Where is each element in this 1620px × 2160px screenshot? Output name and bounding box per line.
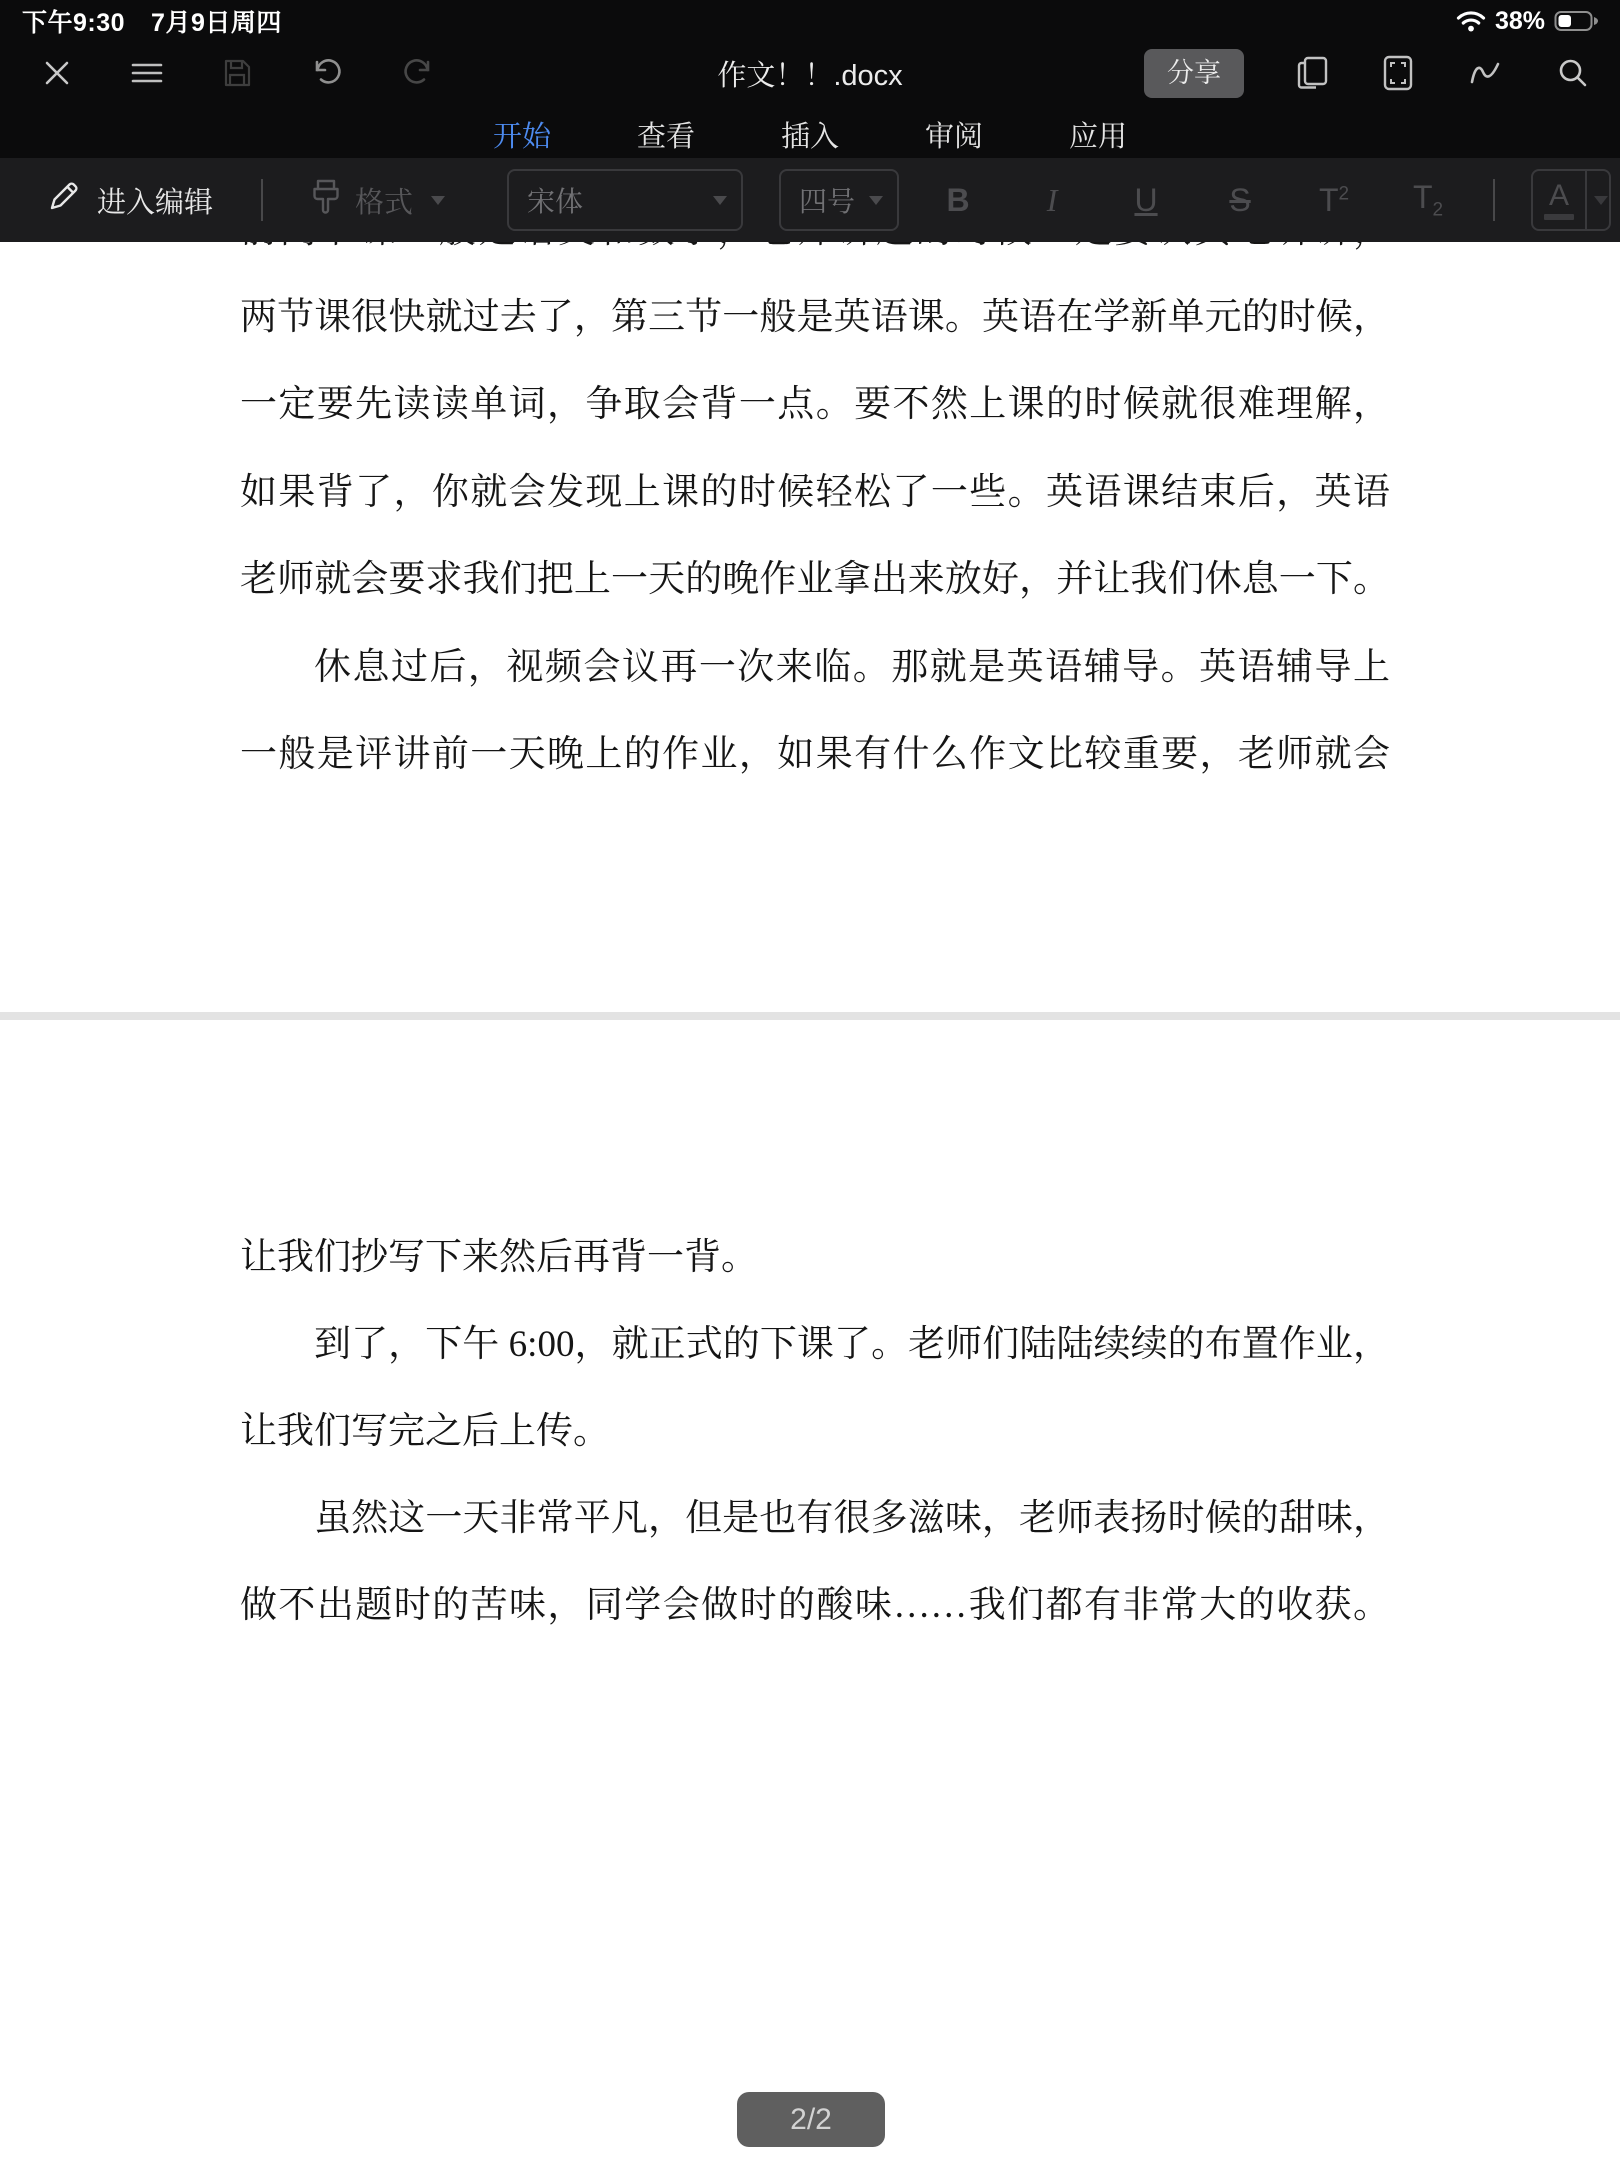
chevron-down-icon	[1594, 196, 1608, 205]
app-header: 下午9:30 7月9日周四 38%	[0, 0, 1620, 158]
doc-text-line: 虽然这一天非常平凡，但是也有很多滋味，老师表扬时候的甜味，	[240, 1475, 1390, 1563]
undo-icon	[309, 56, 345, 90]
brush-icon	[309, 177, 343, 223]
font-name-select[interactable]: 宋体	[507, 169, 743, 231]
doc-text-line: 两节课很快就过去了，第三节一般是英语课。英语在学新单元的时候，	[240, 274, 1390, 362]
format-toolbar: 进入编辑 格式 宋体 四号 B I U S T2 T2 A	[0, 158, 1620, 242]
save-icon	[220, 56, 254, 90]
doc-text-line: 老师就会要求我们把上一天的晚作业拿出来放好，并让我们休息一下。	[240, 536, 1390, 624]
menu-button[interactable]	[129, 56, 165, 90]
fullscreen-button[interactable]	[1382, 54, 1414, 92]
fullscreen-icon	[1382, 54, 1414, 92]
status-date: 7月9日周四	[151, 3, 282, 39]
clipped-line-text: 前两节课一般是语文和数学，老师讲题的时候一定要认真地听讲，	[240, 242, 1390, 251]
search-icon	[1556, 56, 1590, 90]
battery-percent: 38%	[1495, 7, 1545, 36]
font-size-select[interactable]: 四号	[779, 169, 899, 231]
toolbar-divider	[1493, 179, 1495, 221]
bold-label: B	[946, 182, 969, 218]
superscript-label: T	[1319, 182, 1339, 218]
tab-apps[interactable]: 应用	[1069, 114, 1127, 155]
ribbon-tabs: 开始 查看 插入 审阅 应用	[0, 110, 1620, 158]
page-indicator-badge: 2/2	[737, 2092, 885, 2147]
tab-home[interactable]: 开始	[493, 114, 551, 155]
doc-text-line: 一般是评讲前一天晚上的作业，如果有什么作文比较重要，老师就会	[240, 711, 1390, 799]
superscript-button[interactable]: T2	[1287, 182, 1381, 219]
copy-icon	[1296, 55, 1330, 91]
doc-text-line: 到了，下午 6:00，就正式的下课了。老师们陆陆续续的布置作业，	[240, 1301, 1390, 1389]
doc-text-line: 休息过后，视频会议再一次来临。那就是英语辅导。英语辅导上	[240, 624, 1390, 712]
close-button[interactable]	[40, 56, 74, 90]
chevron-down-icon	[713, 196, 727, 205]
share-button[interactable]: 分享	[1144, 49, 1244, 98]
clipped-text-line: 前两节课一般是语文和数学，老师讲题的时候一定要认真地听讲，	[240, 242, 1390, 251]
pencil-icon	[46, 178, 82, 222]
status-bar: 下午9:30 7月9日周四 38%	[0, 0, 1620, 36]
status-time: 下午9:30	[22, 3, 125, 39]
redo-icon	[400, 56, 436, 90]
subscript-mark: 2	[1433, 199, 1444, 220]
wifi-icon	[1456, 9, 1486, 33]
battery-icon	[1554, 10, 1600, 33]
italic-button[interactable]: I	[1005, 182, 1099, 219]
doc-text-line: 让我们写完之后上传。	[240, 1388, 1390, 1476]
underline-button[interactable]: U	[1099, 182, 1193, 219]
document-canvas[interactable]: 前两节课一般是语文和数学，老师讲题的时候一定要认真地听讲， 两节课很快就过去了，…	[0, 242, 1620, 2160]
bold-button[interactable]: B	[911, 182, 1005, 219]
redo-button[interactable]	[400, 56, 436, 90]
font-size-value: 四号	[799, 180, 855, 220]
strikethrough-label: S	[1229, 182, 1250, 218]
enter-edit-label: 进入编辑	[97, 180, 213, 221]
tab-review[interactable]: 审阅	[925, 114, 983, 155]
menu-icon	[129, 56, 165, 90]
toolbar-divider	[261, 179, 263, 221]
doc-text-line: 做不出题时的苦味，同学会做时的酸味……我们都有非常大的收获。	[240, 1562, 1390, 1650]
save-button[interactable]	[220, 56, 254, 90]
subscript-label: T	[1413, 179, 1433, 215]
close-icon	[40, 56, 74, 90]
copy-button[interactable]	[1296, 55, 1330, 91]
font-color-swatch	[1544, 214, 1574, 220]
chevron-down-icon	[869, 196, 883, 205]
enter-edit-button[interactable]: 进入编辑	[46, 178, 213, 222]
font-color-button[interactable]: A	[1531, 169, 1611, 231]
format-painter-label: 格式	[355, 180, 413, 221]
chevron-down-icon	[431, 196, 445, 205]
doc-text-line: 一定要先读读单词，争取会背一点。要不然上课的时候就很难理解，	[240, 361, 1390, 449]
superscript-mark: 2	[1339, 183, 1350, 204]
underline-label: U	[1134, 182, 1157, 218]
italic-label: I	[1047, 182, 1058, 218]
undo-button[interactable]	[309, 56, 345, 90]
subscript-button[interactable]: T2	[1381, 179, 1475, 221]
search-button[interactable]	[1556, 56, 1590, 90]
tab-insert[interactable]: 插入	[781, 114, 839, 155]
doc-text-line: 如果背了，你就会发现上课的时候轻松了一些。英语课结束后，英语	[240, 449, 1390, 537]
strikethrough-button[interactable]: S	[1193, 182, 1287, 219]
tab-view[interactable]: 查看	[637, 114, 695, 155]
ink-pen-icon	[1466, 56, 1504, 90]
ink-button[interactable]	[1466, 56, 1504, 90]
font-color-label: A	[1549, 181, 1569, 211]
doc-text-line: 让我们抄写下来然后再背一背。	[240, 1214, 1390, 1302]
main-toolbar: 作文！！.docx 分享	[0, 36, 1620, 110]
page-break-gap	[0, 1012, 1620, 1020]
font-name-value: 宋体	[527, 180, 583, 220]
format-painter-button[interactable]: 格式	[309, 177, 445, 223]
